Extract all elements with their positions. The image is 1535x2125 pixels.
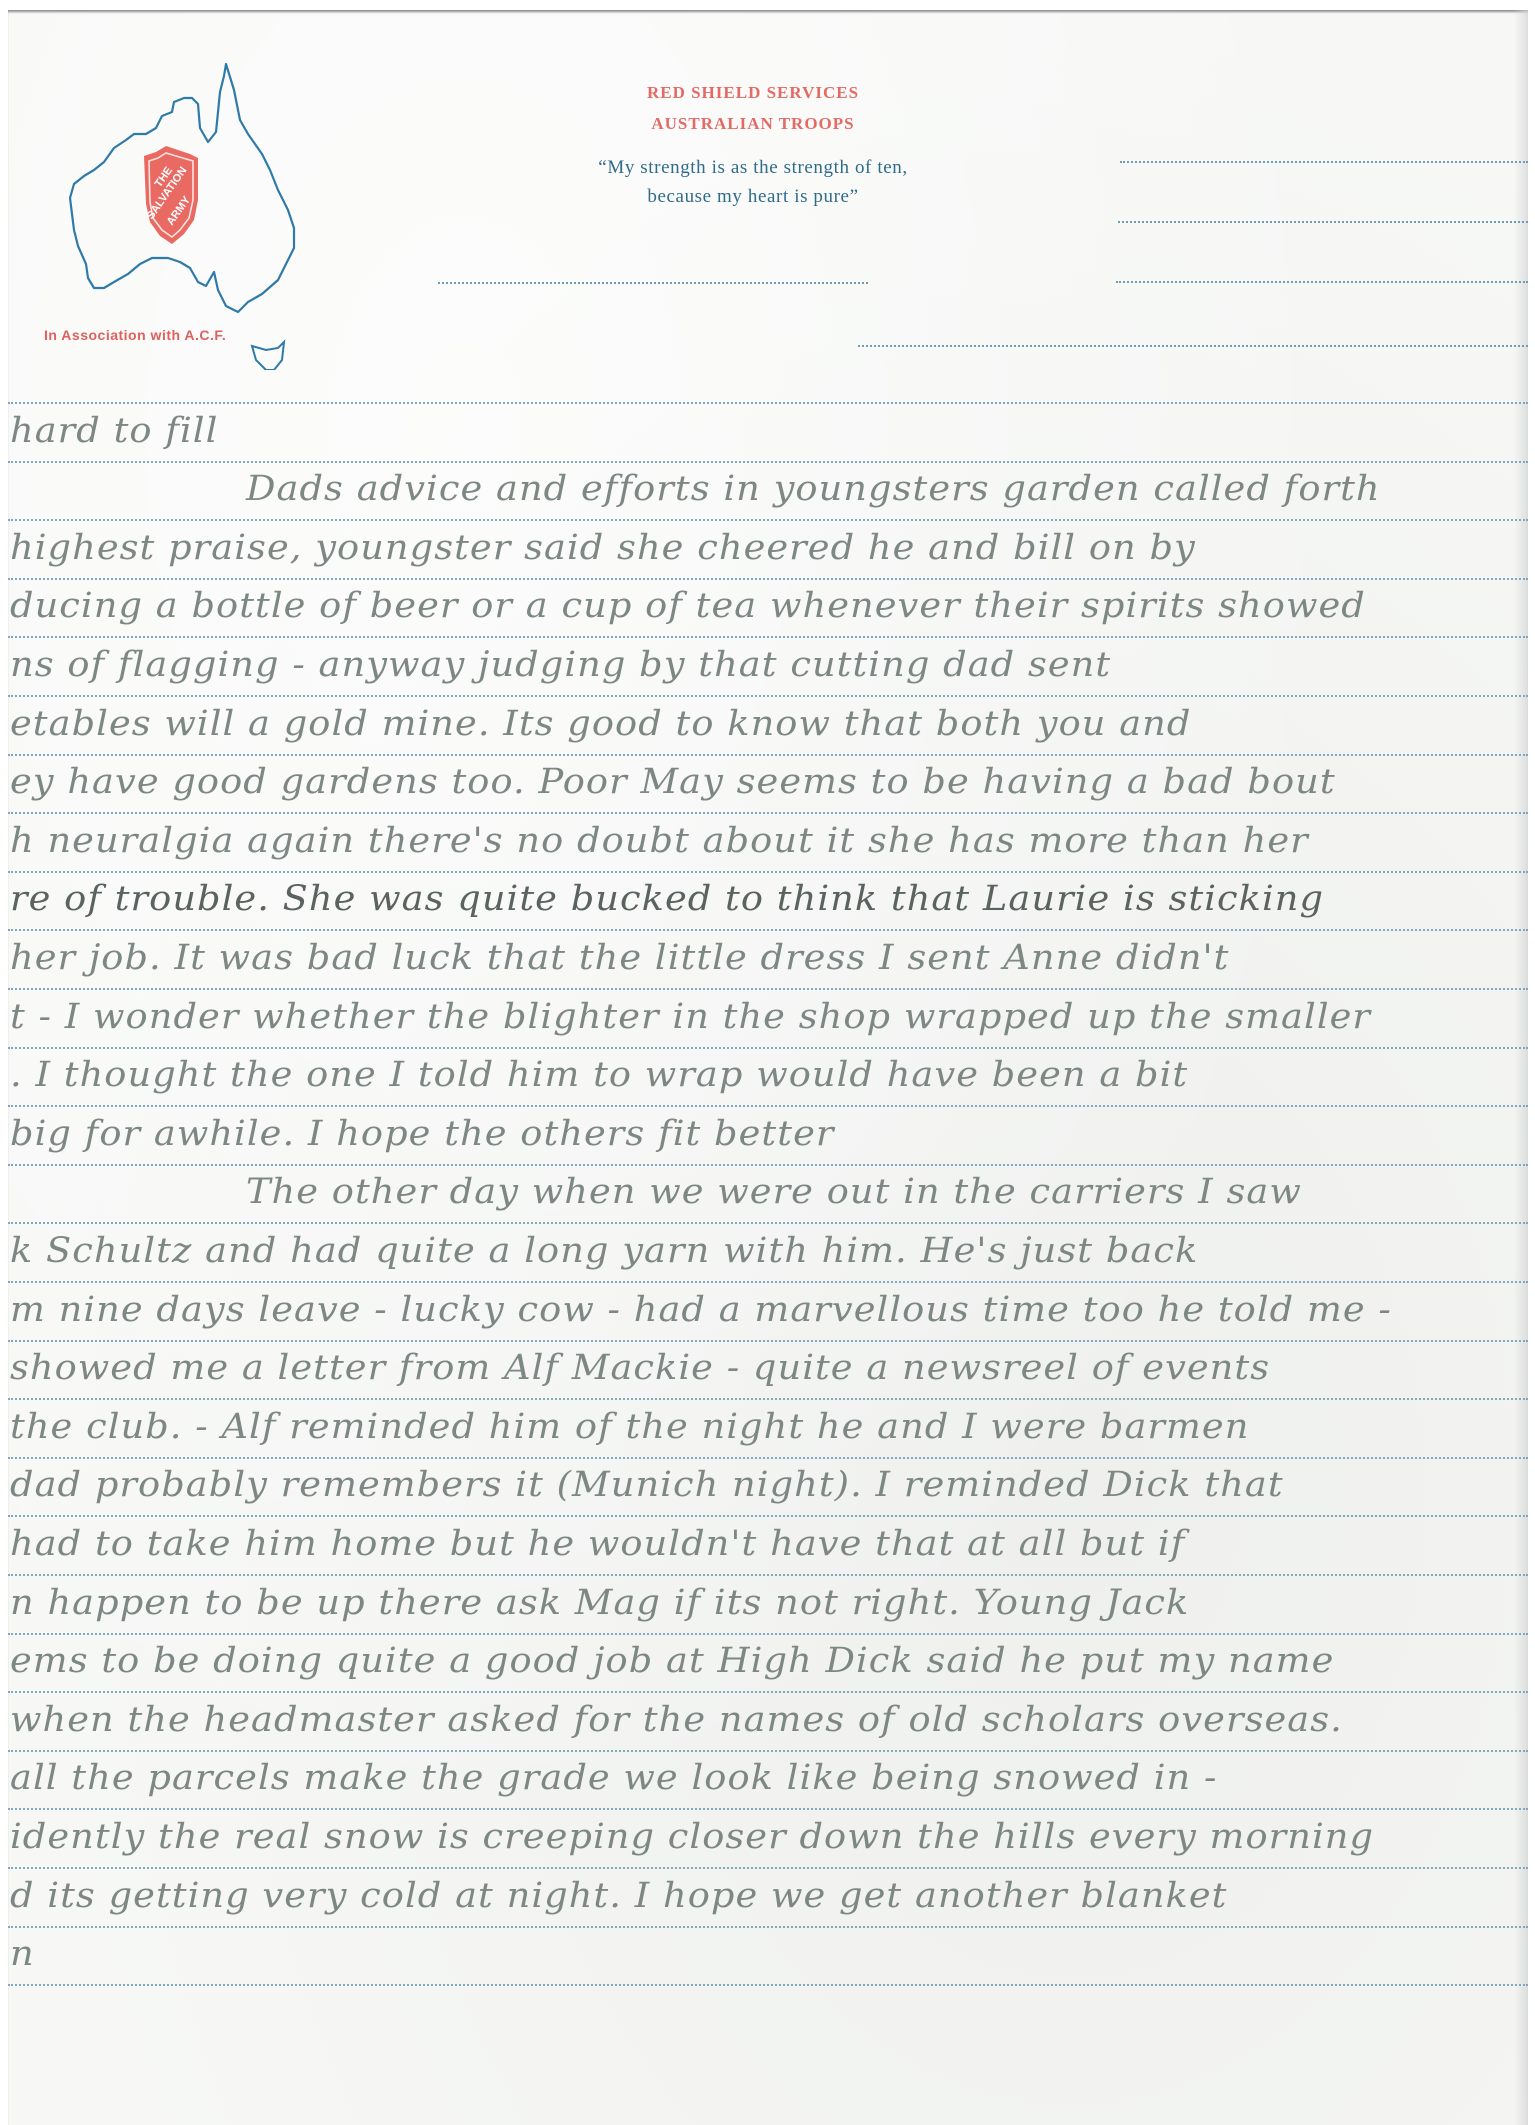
handwritten-line: big for awhile. I hope the others fit be… (10, 1114, 834, 1154)
ruled-line (8, 1926, 1528, 1928)
motto-line-1: “My strength is as the strength of ten, (448, 153, 1058, 182)
handwritten-line: when the headmaster asked for the names … (10, 1700, 1343, 1740)
ruled-line (8, 578, 1528, 580)
ruled-line (8, 1340, 1528, 1342)
ruled-line (8, 1691, 1528, 1693)
handwritten-line: n happen to be up there ask Mag if its n… (10, 1583, 1189, 1623)
handwritten-line: re of trouble. She was quite bucked to t… (10, 879, 1324, 919)
ruled-line (8, 1574, 1528, 1576)
ruled-line (8, 519, 1528, 521)
salvation-army-shield-icon: THE SALVATION ARMY (144, 146, 198, 244)
handwritten-line: idently the real snow is creeping closer… (10, 1817, 1374, 1857)
association-text: In Association with A.C.F. (44, 327, 226, 343)
handwritten-line: n (10, 1934, 35, 1974)
ruled-line (8, 871, 1528, 873)
ruled-line (8, 636, 1528, 638)
address-line (858, 345, 1528, 347)
handwritten-line: her job. It was bad luck that the little… (10, 938, 1230, 978)
letter-page: THE SALVATION ARMY In Association with A… (8, 10, 1528, 2125)
handwritten-line: had to take him home but he wouldn't hav… (10, 1524, 1185, 1564)
handwritten-line: ducing a bottle of beer or a cup of tea … (10, 586, 1366, 626)
ruled-line (8, 1222, 1528, 1224)
ruled-line (8, 1984, 1528, 1986)
ruled-line (8, 1457, 1528, 1459)
address-line (1118, 221, 1528, 223)
ruled-line (8, 812, 1528, 814)
handwritten-line: ns of flagging - anyway judging by that … (10, 645, 1111, 685)
ruled-line (8, 1515, 1528, 1517)
address-line (1116, 281, 1528, 283)
handwritten-line: t - I wonder whether the blighter in the… (10, 997, 1371, 1037)
ruled-line (8, 929, 1528, 931)
ruled-line (8, 1808, 1528, 1810)
ruled-line (8, 1750, 1528, 1752)
australia-map-logo: THE SALVATION ARMY (48, 50, 348, 370)
address-line (1120, 161, 1528, 163)
ruled-line (8, 695, 1528, 697)
motto-line-2: because my heart is pure” (448, 182, 1058, 211)
handwritten-line: etables will a gold mine. Its good to kn… (10, 704, 1191, 744)
handwritten-line: ems to be doing quite a good job at High… (10, 1641, 1334, 1681)
handwritten-line: k Schultz and had quite a long yarn with… (10, 1231, 1198, 1271)
handwritten-line: Dads advice and efforts in youngsters ga… (246, 469, 1381, 509)
organization-subtitle: AUSTRALIAN TROOPS (448, 114, 1058, 134)
handwritten-line: showed me a letter from Alf Mackie - qui… (10, 1348, 1270, 1388)
tasmania-outline-icon (252, 342, 284, 370)
ruled-line (8, 1398, 1528, 1400)
ruled-line (8, 754, 1528, 756)
ruled-line (8, 461, 1528, 463)
handwritten-line: . I thought the one I told him to wrap w… (10, 1055, 1188, 1095)
handwritten-line: d its getting very cold at night. I hope… (10, 1876, 1228, 1916)
ruled-line (8, 402, 1528, 404)
ruled-line (8, 1164, 1528, 1166)
handwritten-line: The other day when we were out in the ca… (246, 1172, 1302, 1212)
handwritten-line: all the parcels make the grade we look l… (10, 1758, 1217, 1798)
date-line (438, 282, 868, 284)
organization-title: RED SHIELD SERVICES (448, 83, 1058, 103)
ruled-line (8, 1105, 1528, 1107)
handwritten-line: hard to fill (10, 411, 218, 451)
ruled-line (8, 1633, 1528, 1635)
ruled-line (8, 1281, 1528, 1283)
ruled-line (8, 988, 1528, 990)
ruled-line (8, 1867, 1528, 1869)
handwritten-line: m nine days leave - lucky cow - had a ma… (10, 1290, 1392, 1330)
ruled-line (8, 1047, 1528, 1049)
handwritten-line: highest praise, youngster said she cheer… (10, 528, 1196, 568)
handwritten-line: dad probably remembers it (Munich night)… (10, 1465, 1284, 1505)
handwritten-line: ey have good gardens too. Poor May seems… (10, 762, 1336, 802)
handwritten-line: the club. - Alf reminded him of the nigh… (10, 1407, 1249, 1447)
handwritten-line: h neuralgia again there's no doubt about… (10, 821, 1309, 861)
